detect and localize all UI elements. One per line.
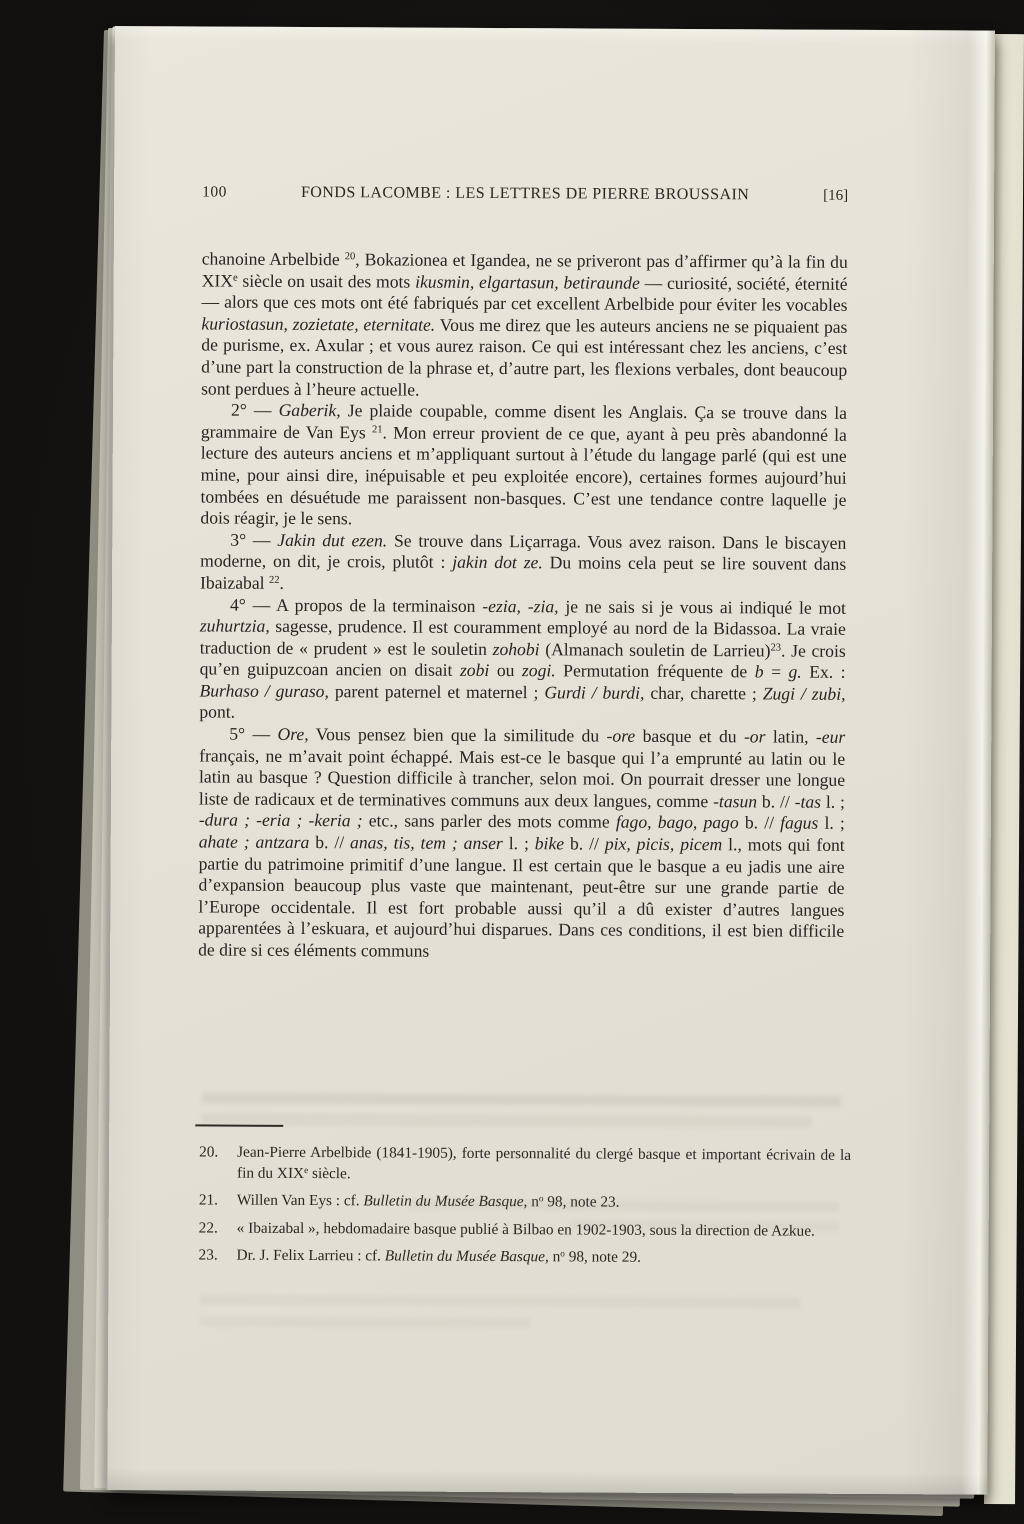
footnote: 22.« Ibaizabal », hebdomadaire basque pu…: [199, 1218, 851, 1242]
footnote: 21.Willen Van Eys : cf. Bulletin du Musé…: [199, 1191, 851, 1215]
footnote-text: « Ibaizabal », hebdomadaire basque publi…: [226, 1218, 851, 1242]
footnote-number: 22.: [199, 1218, 226, 1239]
footnote: 20.Jean-Pierre Arbelbide (1841-1905), fo…: [199, 1142, 851, 1187]
page-number: 100: [202, 183, 272, 201]
paragraph: 4° — A propos de la terminaison -ezia, -…: [199, 594, 846, 727]
paragraph: 5° — Ore, Vous pensez bien que la simili…: [198, 724, 845, 965]
folio-number: [16]: [778, 187, 848, 204]
footnote-text: Willen Van Eys : cf. Bulletin du Musée B…: [226, 1191, 851, 1215]
paragraph: 3° — Jakin dut ezen. Se trouve dans Liça…: [200, 529, 846, 597]
showthrough-artifact: [201, 1092, 841, 1106]
photo-background: 100 FONDS LACOMBE : LES LETTRES DE PIERR…: [0, 0, 1024, 1524]
body-text: chanoine Arbelbide 20, Bokazionea et Iga…: [198, 248, 848, 964]
footnote-number: 21.: [199, 1191, 226, 1212]
paragraph: 2° — Gaberik, Je plaide coupable, comme …: [200, 400, 847, 533]
footnote: 23.Dr. J. Felix Larrieu : cf. Bulletin d…: [199, 1246, 851, 1270]
showthrough-artifact: [200, 1294, 800, 1307]
footnotes: 20.Jean-Pierre Arbelbide (1841-1905), fo…: [198, 1142, 851, 1276]
running-header: 100 FONDS LACOMBE : LES LETTRES DE PIERR…: [202, 183, 848, 204]
footnote-number: 20.: [199, 1142, 226, 1183]
showthrough-artifact: [200, 1316, 530, 1328]
footnote-separator: [195, 1124, 283, 1126]
page-title: FONDS LACOMBE : LES LETTRES DE PIERRE BR…: [272, 184, 778, 205]
paragraph: chanoine Arbelbide 20, Bokazionea et Iga…: [201, 248, 848, 403]
footnote-text: Dr. J. Felix Larrieu : cf. Bulletin du M…: [226, 1246, 851, 1270]
book-page: 100 FONDS LACOMBE : LES LETTRES DE PIERR…: [107, 26, 995, 1495]
showthrough-artifact: [201, 1113, 811, 1127]
footnote-text: Jean-Pierre Arbelbide (1841-1905), forte…: [226, 1143, 851, 1187]
footnote-number: 23.: [199, 1246, 226, 1267]
